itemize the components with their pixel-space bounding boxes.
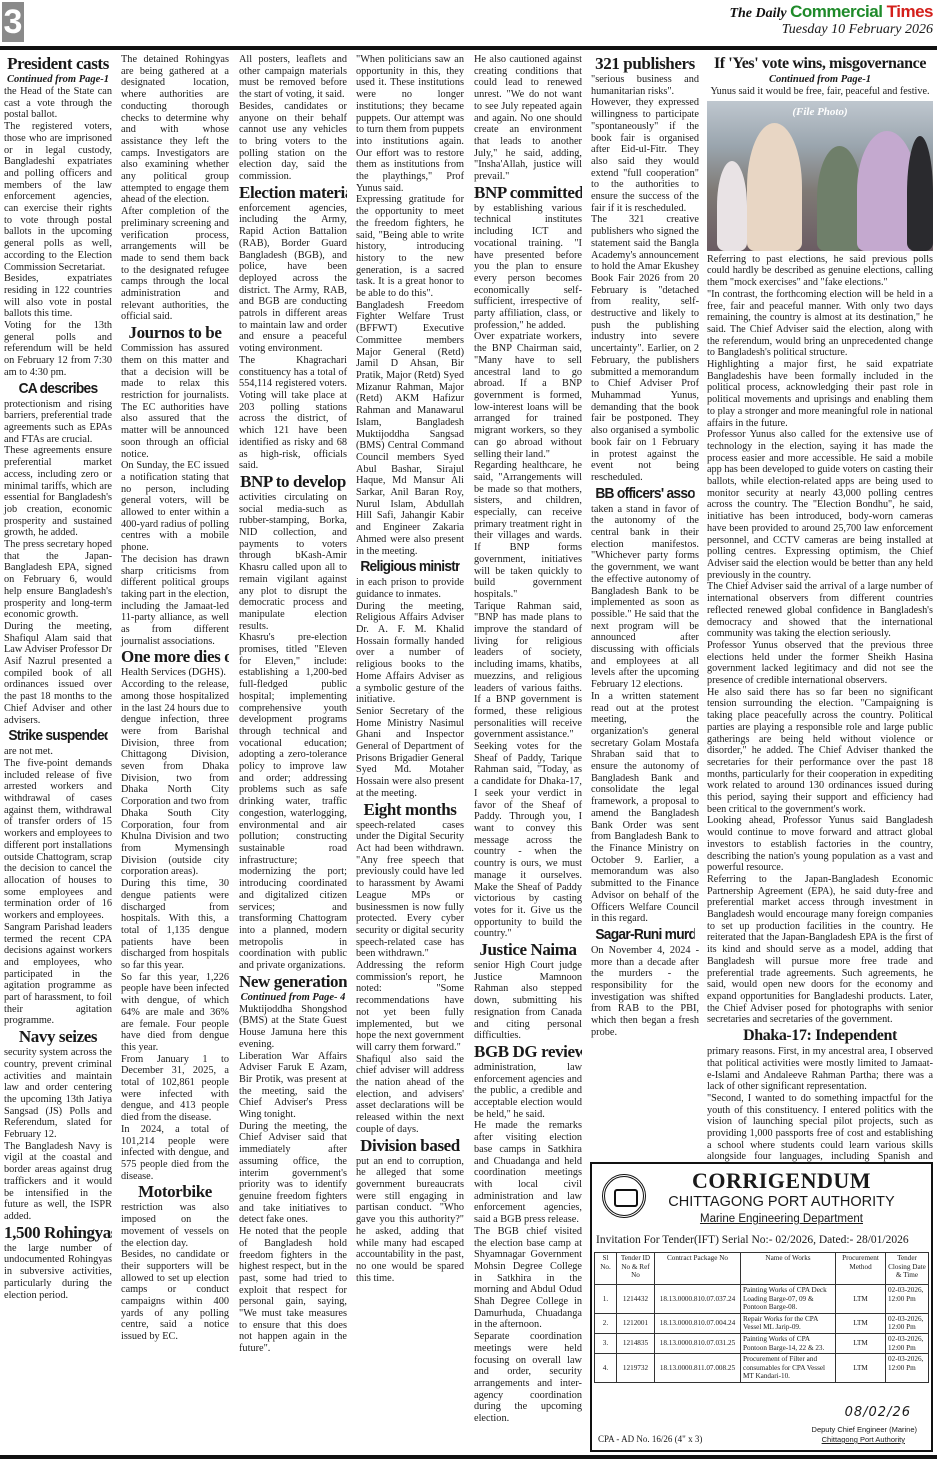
paragraph: "serious business and humanitarian risks… xyxy=(591,74,699,97)
photo-person xyxy=(817,146,862,251)
headline: One more dies of xyxy=(121,647,229,666)
newspaper-name-the-daily: The Daily xyxy=(729,6,790,21)
article-justice-naima: Justice Naima senior High Court judge Ju… xyxy=(474,940,582,1042)
cell-sl: 1. xyxy=(595,1285,617,1314)
paragraph: Professor Yunus also called for the exte… xyxy=(707,429,933,581)
article-journos: Journos to be Commission has assured the… xyxy=(121,323,229,647)
paragraph: Expressing gratitude for the opportunity… xyxy=(356,194,464,299)
ad-title: CORRIGENDUM xyxy=(592,1168,931,1194)
top-rule-divider xyxy=(0,46,937,50)
paragraph: The Chief Adviser said the arrival of a … xyxy=(707,581,933,640)
photo-person xyxy=(907,136,933,251)
ad-department: Marine Engineering Department xyxy=(592,1213,931,1225)
paragraph: Looking ahead, Professor Yunus said Bang… xyxy=(707,815,933,874)
headline: Election materials xyxy=(239,183,347,202)
paragraph: Separate coordination meetings were held… xyxy=(474,1331,582,1425)
article-eight-months: Eight months speech-related cases under … xyxy=(356,800,464,1136)
cell-package-no: 18.13.0000.810.07.004.24 xyxy=(655,1313,741,1333)
article-division-based: Division based put an end to corruption,… xyxy=(356,1136,464,1285)
tender-table-header: Sl No. Tender ID No & Ref No Contract Pa… xyxy=(595,1253,929,1285)
issue-date: Tuesday 10 February 2026 xyxy=(782,22,933,38)
paragraph: The Khagrachari constituency has a total… xyxy=(239,355,347,472)
table-row: 3. 1214835 18.13.0000.810.07.031.25 Pain… xyxy=(595,1333,929,1353)
newspaper-name-times: Times xyxy=(882,2,933,21)
cell-tender-id: 1214432 xyxy=(617,1285,655,1314)
paragraph: In a written statement read out at the p… xyxy=(591,691,699,925)
article-bgb-dg-reviews: BGB DG reviews administration, law enfor… xyxy=(474,1042,582,1425)
paragraph: Highlighting a major first, he said expa… xyxy=(707,359,933,429)
cell-tender-id: 1219732 xyxy=(617,1354,655,1383)
paragraph: "When politicians saw an opportunity in … xyxy=(356,54,464,194)
paragraph: Sangram Parishad leaders termed the rece… xyxy=(4,922,112,1027)
article-yes-vote: If 'Yes' vote wins, misgovernance Contin… xyxy=(707,54,933,1026)
column-header: Tender ID No & Ref No xyxy=(617,1253,655,1285)
cell-tender-id: 1214835 xyxy=(617,1333,655,1353)
cell-package-no: 18.13.0000.811.07.008.25 xyxy=(655,1354,741,1383)
paragraph: The press secretary hoped that the Japan… xyxy=(4,539,112,621)
cell-work-name: Repair Works for the CPA Vessel ML Jarip… xyxy=(741,1313,836,1333)
paragraph: The registered voters, those who are imp… xyxy=(4,121,112,273)
cell-method: LTM xyxy=(836,1285,886,1314)
article-navy-seizes: Navy seizes security system across the c… xyxy=(4,1027,112,1223)
paragraph: Commission has assured them on this matt… xyxy=(121,343,229,460)
masthead: 3 The Daily Commercial Times Tuesday 10 … xyxy=(0,0,937,48)
paragraph: He made the remarks after visiting elect… xyxy=(474,1120,582,1225)
headline: 321 publishers xyxy=(591,54,699,73)
cell-sl: 2. xyxy=(595,1313,617,1333)
article-rohingyas: 1,500 Rohingyas the large number of undo… xyxy=(4,1223,112,1302)
headline: BGB DG reviews xyxy=(474,1042,582,1061)
cell-tender-id: 1212001 xyxy=(617,1313,655,1333)
article-president-casts: President casts Continued from Page-1 th… xyxy=(4,54,112,379)
column-header: Procurement Method xyxy=(836,1253,886,1285)
column-6: 321 publishers "serious business and hum… xyxy=(591,54,699,1039)
paragraph: During the meeting, the Chief Adviser sa… xyxy=(239,1121,347,1226)
headline: Motorbike xyxy=(121,1182,229,1201)
column-2: The detained Rohingyas are being gathere… xyxy=(121,54,229,1343)
paragraph: During the meeting, Religious Affairs Ad… xyxy=(356,601,464,706)
article-dhaka-17: Dhaka-17: Independent primary reasons. F… xyxy=(707,1026,933,1175)
paragraph: Voting for the 13th general polls and re… xyxy=(4,320,112,379)
signatory-title: Deputy Chief Engineer (Marine) xyxy=(812,1425,917,1434)
paragraph: Addressing the reform commission's repor… xyxy=(356,960,464,1054)
column-header: Tender Closing Date & Time xyxy=(886,1253,929,1285)
paragraph: During the meeting, Shafiqul Alam said t… xyxy=(4,621,112,726)
paragraph: Khasru's pre-election promises, titled "… xyxy=(239,632,347,971)
column-5: He also cautioned against creating condi… xyxy=(474,54,582,1425)
column-4: "When politicians saw an opportunity in … xyxy=(356,54,464,1284)
cell-work-name: Painting Works of CPA Pontoon Barge-14, … xyxy=(741,1333,836,1353)
cell-closing: 02-03-2026, 12:00 Pm xyxy=(886,1285,929,1314)
file-photo: (File Photo) xyxy=(707,101,933,251)
signatory-organization: Chittagong Port Authority xyxy=(822,1435,905,1444)
photo-person xyxy=(717,161,747,251)
paragraph: restriction was also imposed on the move… xyxy=(121,1202,229,1249)
paragraph: The Bangladesh Navy is vigil at the coas… xyxy=(4,1141,112,1223)
column-3: All posters, leaflets and other campaign… xyxy=(239,54,347,1355)
ad-organization: CHITTAGONG PORT AUTHORITY xyxy=(592,1194,931,1210)
table-row: 4. 1219732 18.13.0000.811.07.008.25 Proc… xyxy=(595,1354,929,1383)
paragraph: Liberation War Affairs Adviser Faruk E A… xyxy=(239,1051,347,1121)
cell-closing: 02-03-2026, 12:00 Pm xyxy=(886,1333,929,1353)
newspaper-name-commercial: Commercial xyxy=(790,2,882,21)
paragraph: "In contrast, the forthcoming election w… xyxy=(707,289,933,359)
paragraph: Shafiqul also said the chief adviser wil… xyxy=(356,1054,464,1136)
paragraph: Regarding healthcare, he said, "Arrangem… xyxy=(474,460,582,600)
article-election-materials: Election materials enforcement agencies,… xyxy=(239,183,347,472)
column-header: Contract Package No xyxy=(655,1253,741,1285)
photo-person xyxy=(747,123,802,251)
article-new-generation: New generation Continued from Page- 4 Mu… xyxy=(239,972,347,1355)
table-row: 2. 1212001 18.13.0000.810.07.004.24 Repa… xyxy=(595,1313,929,1333)
headline: Navy seizes xyxy=(4,1027,112,1046)
paragraph: On Sunday, the EC issued a notification … xyxy=(121,460,229,554)
cell-package-no: 18.13.0000.810.07.037.24 xyxy=(655,1285,741,1314)
paragraph: Muktijoddha Shongshod (BMS) at the State… xyxy=(239,1004,347,1051)
article-sagar-runi: Sagar-Runi murder On November 4, 2024 - … xyxy=(591,925,699,1039)
paragraph: During this time, 30 dengue patients wer… xyxy=(121,878,229,972)
paragraph: On November 4, 2024 - more than a decade… xyxy=(591,945,699,1039)
paragraph: activities circulating on social media-s… xyxy=(239,492,347,632)
paragraph: After completion of the preliminary scre… xyxy=(121,206,229,323)
paragraph: put an end to corruption, he alleged tha… xyxy=(356,1156,464,1285)
paragraph: According to the release, among those ho… xyxy=(121,679,229,878)
paragraph: by establishing various technical instit… xyxy=(474,203,582,332)
headline: If 'Yes' vote wins, misgovernance xyxy=(707,54,933,73)
article-321-publishers: 321 publishers "serious business and hum… xyxy=(591,54,699,484)
article-religious-ministry: Religious ministry in each prison to pro… xyxy=(356,557,464,799)
cell-method: LTM xyxy=(836,1333,886,1353)
paragraph: In 2024, a total of 101,214 people were … xyxy=(121,1124,229,1183)
paragraph: taken a stand in favor of the autonomy o… xyxy=(591,504,699,691)
column-header: Sl No. xyxy=(595,1253,617,1285)
paragraph: He also cautioned against creating condi… xyxy=(474,54,582,183)
cell-sl: 3. xyxy=(595,1333,617,1353)
paragraph: speech-related cases under the Digital S… xyxy=(356,820,464,960)
column-header: Name of Works xyxy=(741,1253,836,1285)
paragraph: All posters, leaflets and other campaign… xyxy=(239,54,347,101)
newspaper-name: The Daily Commercial Times xyxy=(729,2,933,22)
headline: New generation xyxy=(239,972,347,991)
headline: Strike suspended xyxy=(8,726,107,745)
article-strike-suspended: Strike suspended are not met. The five-p… xyxy=(4,726,112,1027)
cell-method: LTM xyxy=(836,1313,886,1333)
paragraph: enforcement agencies, including the Army… xyxy=(239,203,347,355)
paragraph: However, they expressed willingness to p… xyxy=(591,97,699,214)
article-bnp-committed: BNP committed by establishing various te… xyxy=(474,183,582,940)
article-bb-officers: BB officers' association taken a stand i… xyxy=(591,484,699,925)
headline: Journos to be xyxy=(121,323,229,342)
paragraph: These agreements ensure preferential mar… xyxy=(4,445,112,539)
paragraph: Referring to the Japan-Bangladesh Econom… xyxy=(707,874,933,1026)
tender-table: Sl No. Tender ID No & Ref No Contract Pa… xyxy=(594,1252,929,1383)
table-row: 1. 1214432 18.13.0000.810.07.037.24 Pain… xyxy=(595,1285,929,1314)
paragraph: the large number of undocumented Rohingy… xyxy=(4,1243,112,1302)
paragraph: He noted that the people of Bangladesh h… xyxy=(239,1226,347,1355)
paragraph: Tarique Rahman said, "BNP has made plans… xyxy=(474,601,582,741)
cell-sl: 4. xyxy=(595,1354,617,1383)
column-7-wide: If 'Yes' vote wins, misgovernance Contin… xyxy=(707,54,933,1175)
headline: BNP committed xyxy=(474,183,582,202)
headline: 1,500 Rohingyas xyxy=(4,1223,112,1242)
paragraph: The decision has drawn sharp criticisms … xyxy=(121,554,229,648)
headline: BB officers' association xyxy=(595,484,694,503)
continued-from: Continued from Page-1 xyxy=(4,74,112,86)
paragraph: in each prison to provide guidance to in… xyxy=(356,577,464,600)
photo-caption: (File Photo) xyxy=(707,107,933,119)
article-one-more-dies: One more dies of Health Services (DGHS).… xyxy=(121,647,229,1182)
headline: CA describes xyxy=(8,379,107,398)
headline: Religious ministry xyxy=(360,557,459,576)
paragraph: the Head of the State can cast a vote th… xyxy=(4,86,112,121)
paragraph: senior High Court judge Justice Mamnoon … xyxy=(474,960,582,1042)
continued-from: Continued from Page- 4 xyxy=(239,992,347,1004)
paragraph: He also said there has so far been no si… xyxy=(707,687,933,816)
headline: Sagar-Runi murder xyxy=(595,925,694,944)
headline: Justice Naima xyxy=(474,940,582,959)
paragraph: The BGB chief visited the election base … xyxy=(474,1226,582,1331)
cell-method: LTM xyxy=(836,1354,886,1383)
paragraph: administration, law enforcement agencies… xyxy=(474,1062,582,1121)
signature: 08/02/26 xyxy=(845,1405,911,1420)
paragraph: The detained Rohingyas are being gathere… xyxy=(121,54,229,206)
paragraph: Seeking votes for the Sheaf of Paddy, Ta… xyxy=(474,741,582,940)
paragraph: primary reasons. First, in my ancestral … xyxy=(707,1046,933,1093)
paragraph: Senior Secretary of the Home Ministry Na… xyxy=(356,706,464,800)
paragraph: The 321 creative publishers who signed t… xyxy=(591,214,699,483)
headline: Eight months xyxy=(356,800,464,819)
headline: Division based xyxy=(356,1136,464,1155)
paragraph: protectionism and rising barriers, prefe… xyxy=(4,399,112,446)
cell-work-name: Procurement of Filter and consumables fo… xyxy=(741,1354,836,1383)
paragraph: Over expatriate workers, the BNP Chairma… xyxy=(474,331,582,460)
continued-from: Continued from Page-1 xyxy=(707,74,933,86)
article-ca-describes: CA describes protectionism and rising ba… xyxy=(4,379,112,727)
page-number-badge: 3 xyxy=(2,2,24,42)
headline: President casts xyxy=(4,54,112,73)
bottom-rule-divider xyxy=(0,1455,937,1459)
cell-closing: 02-03-2026, 12:00 Pm xyxy=(886,1354,929,1383)
paragraph: From January 1 to December 31, 2025, a t… xyxy=(121,1054,229,1124)
cell-closing: 02-03-2026, 12:00 Pm xyxy=(886,1313,929,1333)
paragraph: The five-point demands included release … xyxy=(4,758,112,922)
article-bnp-to-develop: BNP to develop activities circulating on… xyxy=(239,472,347,972)
paragraph: Health Services (DGHS). xyxy=(121,667,229,679)
corrigendum-advertisement: CORRIGENDUM CHITTAGONG PORT AUTHORITY Ma… xyxy=(590,1162,933,1452)
ad-number: CPA - AD No. 16/26 (4" x 3) xyxy=(598,1434,702,1444)
paragraph: Bangladesh Freedom Fighter Welfare Trust… xyxy=(356,300,464,557)
paragraph: Professor Yunus observed that the previo… xyxy=(707,640,933,687)
lead-line: Yunus said it would be free, fair, peace… xyxy=(707,86,933,98)
headline: BNP to develop xyxy=(239,472,347,491)
cell-package-no: 18.13.0000.810.07.031.25 xyxy=(655,1333,741,1353)
cell-work-name: Painting Works of CPA Deck Loading Barge… xyxy=(741,1285,836,1314)
paragraph: So far this year, 1,226 people have been… xyxy=(121,972,229,1054)
column-1: President casts Continued from Page-1 th… xyxy=(4,54,112,1301)
ad-ift-serial: Invitation For Tender(IFT) Serial No:- 0… xyxy=(596,1234,909,1246)
paragraph: Besides, no candidate or their supporter… xyxy=(121,1249,229,1343)
paragraph: security system across the country, prev… xyxy=(4,1047,112,1141)
paragraph: Besides, candidates or anyone on their b… xyxy=(239,101,347,183)
paragraph: are not met. xyxy=(4,746,112,758)
headline: Dhaka-17: Independent xyxy=(707,1026,933,1045)
article-motorbike: Motorbike restriction was also imposed o… xyxy=(121,1182,229,1342)
paragraph: Besides, expatriates residing in 122 cou… xyxy=(4,273,112,320)
paragraph: Referring to past elections, he said pre… xyxy=(707,254,933,289)
